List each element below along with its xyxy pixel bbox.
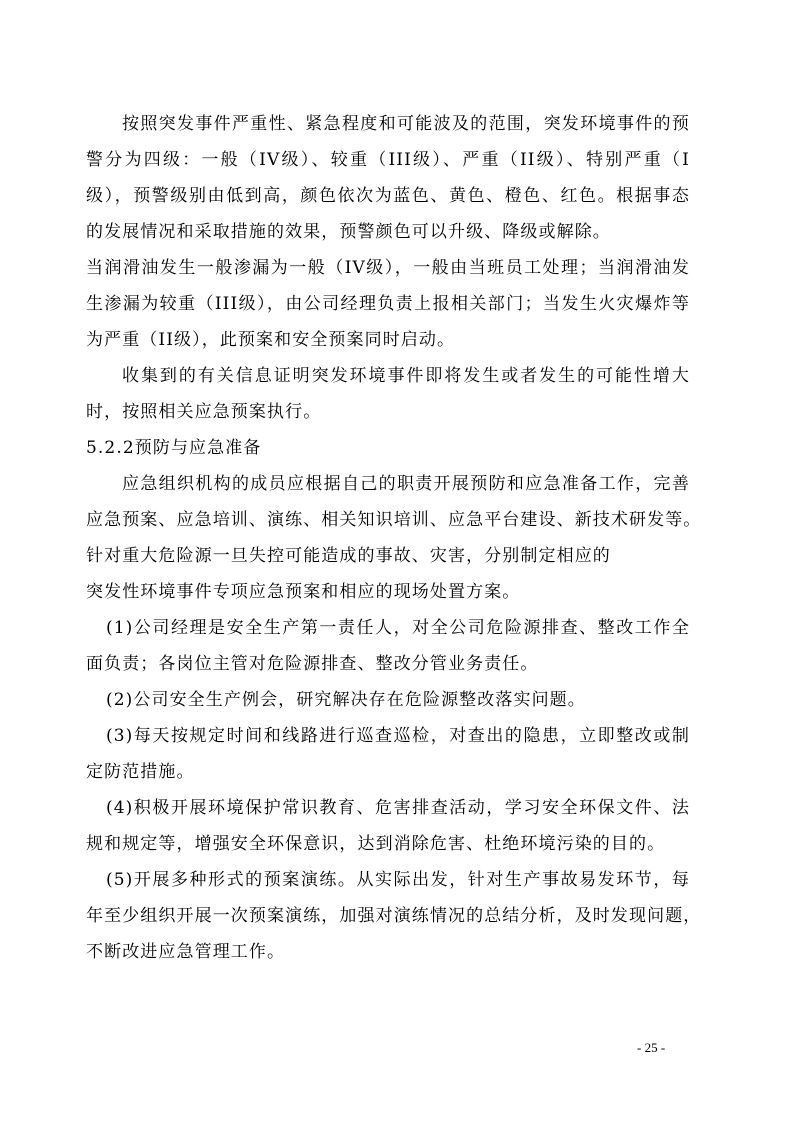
text-line: 为严重（II级），此预案和安全预案同时启动。 [86, 322, 690, 358]
document-page: 按照突发事件严重性、紧急程度和可能波及的范围，突发环境事件的预 警分为四级：一般… [0, 0, 793, 1122]
list-item-1: (1)公司经理是安全生产第一责任人，对全公司危险源排查、整改工作全 面负责；各岗… [86, 610, 690, 682]
text-line: 收集到的有关信息证明突发环境事件即将发生或者发生的可能性增大 [86, 358, 690, 394]
text-line: (5)开展多种形式的预案演练。从实际出发，针对生产事故易发环节，每 [86, 862, 690, 898]
list-item-3: (3)每天按规定时间和线路进行巡查巡检，对查出的隐患，立即整改或制 定防范措施。 [86, 718, 690, 790]
text-line: 面负责；各岗位主管对危险源排查、整改分管业务责任。 [86, 646, 690, 682]
text-line: (1)公司经理是安全生产第一责任人，对全公司危险源排查、整改工作全 [86, 610, 690, 646]
section-heading: 5.2.2预防与应急准备 [86, 430, 690, 466]
text-line: 定防范措施。 [86, 754, 690, 790]
text-line: 规和规定等，增强安全环保意识，达到消除危害、杜绝环境污染的目的。 [86, 826, 690, 862]
text-line: (2)公司安全生产例会，研究解决存在危险源整改落实问题。 [86, 682, 690, 718]
text-line: 应急预案、应急培训、演练、相关知识培训、应急平台建设、新技术研发等。 [86, 502, 690, 538]
text-line: 级），预警级别由低到高，颜色依次为蓝色、黄色、橙色、红色。根据事态 [86, 178, 690, 214]
text-line: 按照突发事件严重性、紧急程度和可能波及的范围，突发环境事件的预 [86, 106, 690, 142]
text-line: 警分为四级：一般（IV级）、较重（III级）、严重（II级）、特别严重（I [86, 142, 690, 178]
text-line: 生渗漏为较重（III级），由公司经理负责上报相关部门；当发生火灾爆炸等 [86, 286, 690, 322]
paragraph-info-collected: 收集到的有关信息证明突发环境事件即将发生或者发生的可能性增大 时，按照相关应急预… [86, 358, 690, 430]
list-item-4: (4)积极开展环境保护常识教育、危害排查活动，学习安全环保文件、法 规和规定等，… [86, 790, 690, 862]
text-line: 时，按照相关应急预案执行。 [86, 394, 690, 430]
text-line: (4)积极开展环境保护常识教育、危害排查活动，学习安全环保文件、法 [86, 790, 690, 826]
text-line: 当润滑油发生一般渗漏为一般（IV级），一般由当班员工处理；当润滑油发 [86, 250, 690, 286]
text-line: 的发展情况和采取措施的效果，预警颜色可以升级、降级或解除。 [86, 214, 690, 250]
list-item-2: (2)公司安全生产例会，研究解决存在危险源整改落实问题。 [86, 682, 690, 718]
text-line: 针对重大危险源一旦失控可能造成的事故、灾害，分别制定相应的 [86, 538, 690, 574]
page-number: - 25 - [637, 1040, 665, 1056]
text-line: (3)每天按规定时间和线路进行巡查巡检，对查出的隐患，立即整改或制 [86, 718, 690, 754]
text-line: 应急组织机构的成员应根据自己的职责开展预防和应急准备工作，完善 [86, 466, 690, 502]
paragraph-warning-levels: 按照突发事件严重性、紧急程度和可能波及的范围，突发环境事件的预 警分为四级：一般… [86, 106, 690, 250]
list-item-5: (5)开展多种形式的预案演练。从实际出发，针对生产事故易发环节，每 年至少组织开… [86, 862, 690, 970]
text-line: 突发性环境事件专项应急预案和相应的现场处置方案。 [86, 574, 690, 610]
text-line: 年至少组织开展一次预案演练，加强对演练情况的总结分析，及时发现问题， [86, 898, 690, 934]
body-text: 按照突发事件严重性、紧急程度和可能波及的范围，突发环境事件的预 警分为四级：一般… [86, 106, 690, 970]
paragraph-prep: 应急组织机构的成员应根据自己的职责开展预防和应急准备工作，完善 应急预案、应急培… [86, 466, 690, 610]
text-line: 不断改进应急管理工作。 [86, 934, 690, 970]
paragraph-lubricant-leak: 当润滑油发生一般渗漏为一般（IV级），一般由当班员工处理；当润滑油发 生渗漏为较… [86, 250, 690, 358]
